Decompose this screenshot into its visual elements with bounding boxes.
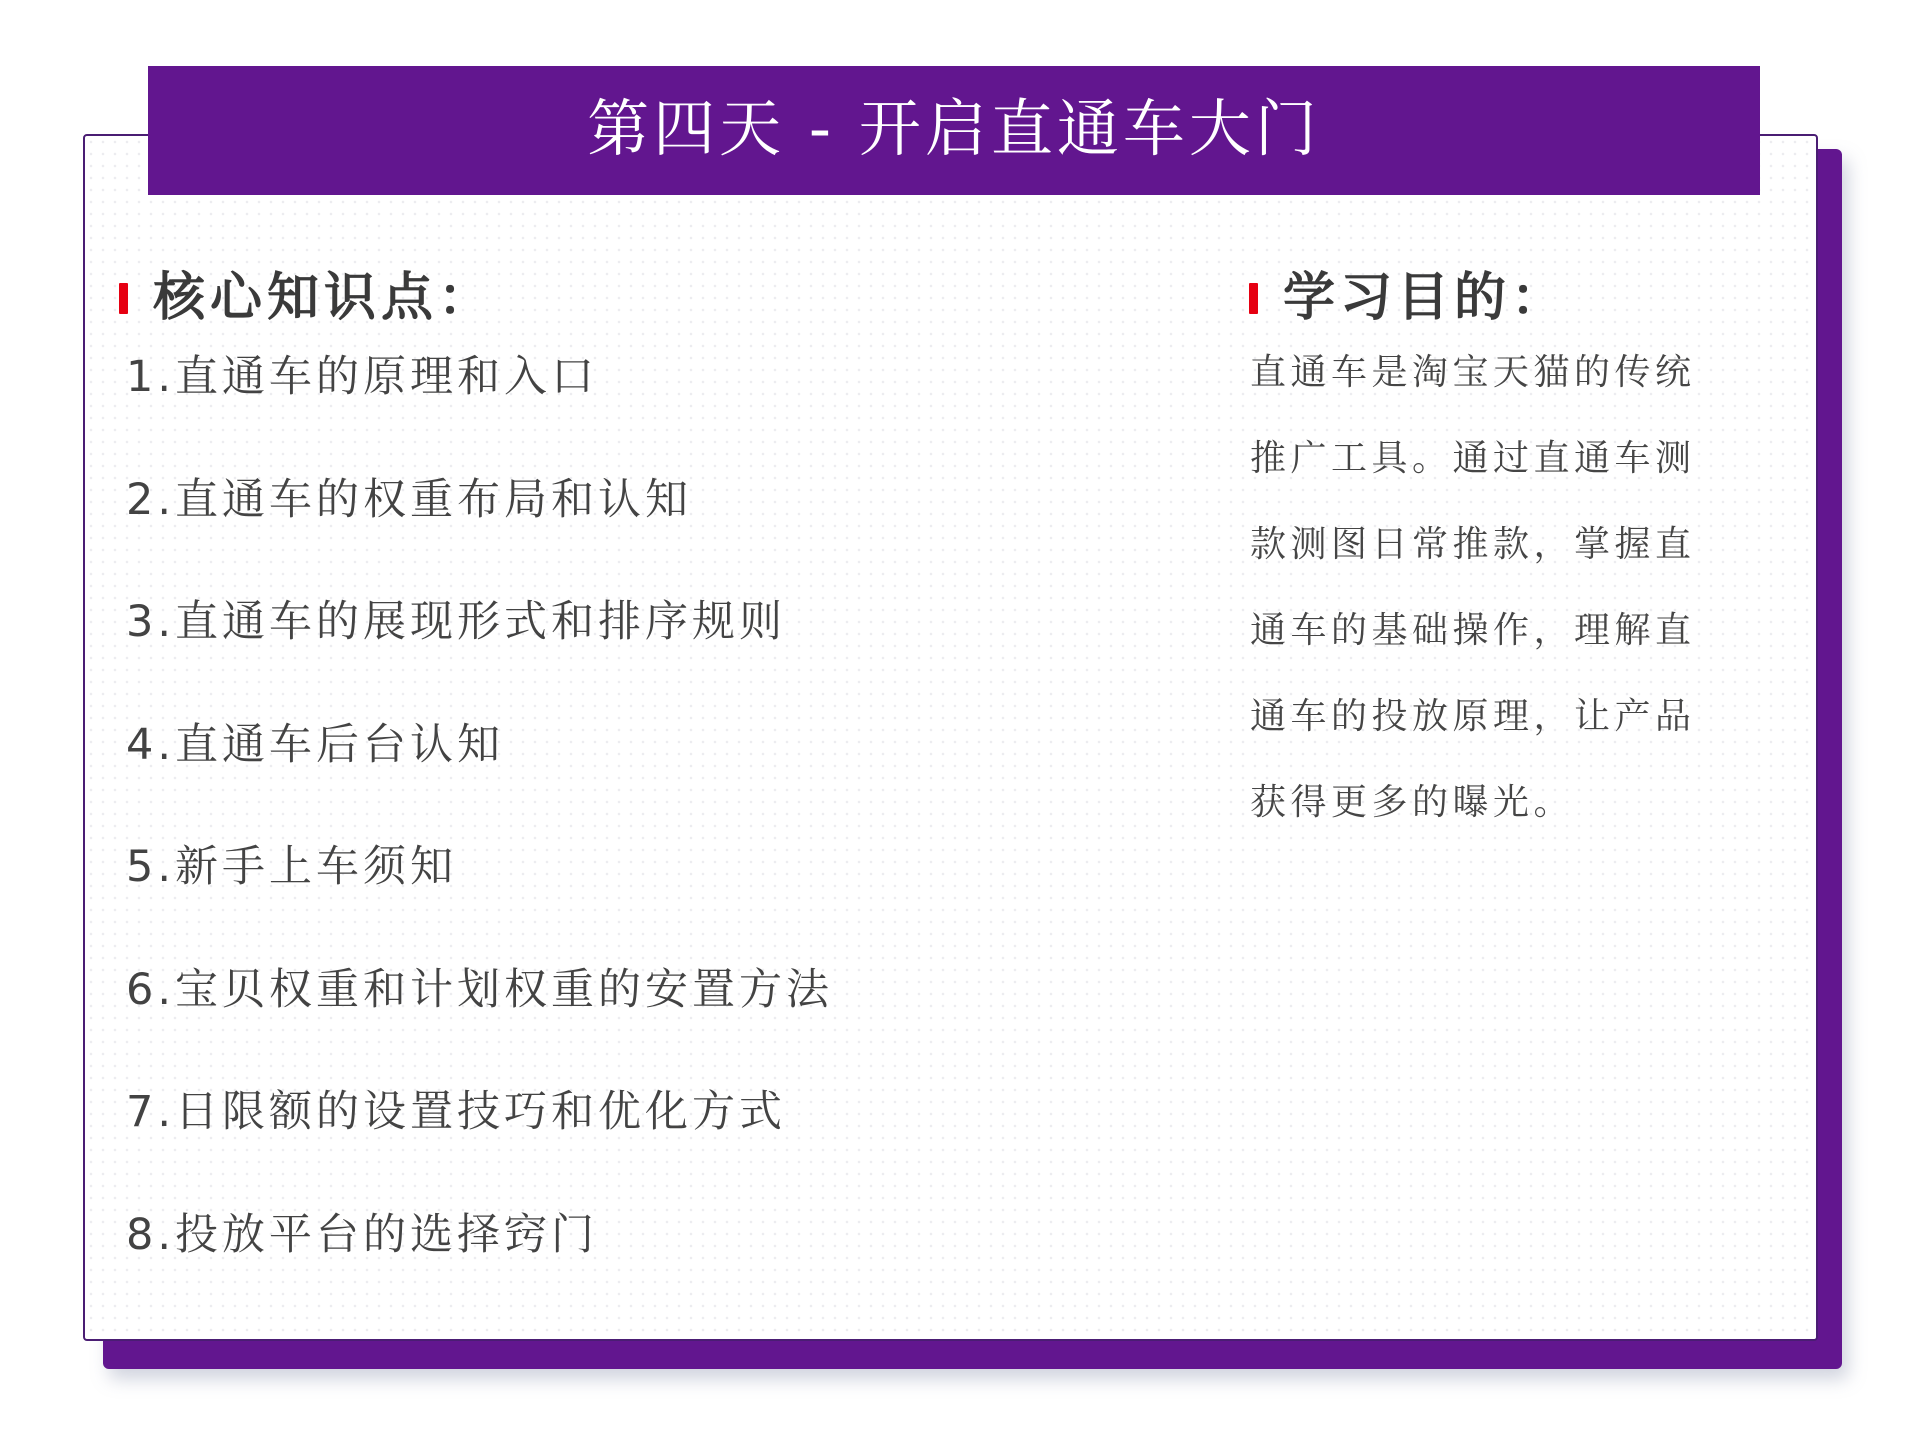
paragraph-line: 通车的基础操作，理解直 [1250, 603, 1720, 689]
paragraph-line: 获得更多的曝光。 [1250, 775, 1720, 861]
learning-goal-paragraph: 直通车是淘宝天猫的传统 推广工具。通过直通车测 款测图日常推款，掌握直 通车的基… [1250, 345, 1720, 861]
core-knowledge-heading: 核心知识点： [119, 272, 495, 324]
heading-marker-icon [1249, 283, 1258, 314]
paragraph-line: 款测图日常推款，掌握直 [1250, 517, 1720, 603]
learning-goal-title: 学习目的： [1283, 272, 1568, 324]
list-item: 5.新手上车须知 [126, 840, 833, 963]
list-item: 4.直通车后台认知 [126, 718, 833, 841]
learning-goal-heading: 学习目的： [1249, 272, 1568, 324]
list-item: 3.直通车的展现形式和排序规则 [126, 595, 833, 718]
page-title: 第四天 - 开启直通车大门 [587, 98, 1321, 160]
paragraph-line: 推广工具。通过直通车测 [1250, 431, 1720, 517]
heading-marker-icon [119, 283, 128, 314]
list-item: 1.直通车的原理和入口 [126, 350, 833, 473]
core-knowledge-title: 核心知识点： [153, 272, 495, 324]
list-item: 8.投放平台的选择窍门 [126, 1208, 833, 1331]
paragraph-line: 通车的投放原理，让产品 [1250, 689, 1720, 775]
header-banner: 第四天 - 开启直通车大门 [148, 66, 1760, 195]
paragraph-line: 直通车是淘宝天猫的传统 [1250, 345, 1720, 431]
list-item: 7.日限额的设置技巧和优化方式 [126, 1085, 833, 1208]
list-item: 2.直通车的权重布局和认知 [126, 473, 833, 596]
core-knowledge-list: 1.直通车的原理和入口 2.直通车的权重布局和认知 3.直通车的展现形式和排序规… [126, 350, 833, 1330]
list-item: 6.宝贝权重和计划权重的安置方法 [126, 963, 833, 1086]
lesson-card-stage: 第四天 - 开启直通车大门 核心知识点： 1.直通车的原理和入口 2.直通车的权… [0, 0, 1920, 1441]
